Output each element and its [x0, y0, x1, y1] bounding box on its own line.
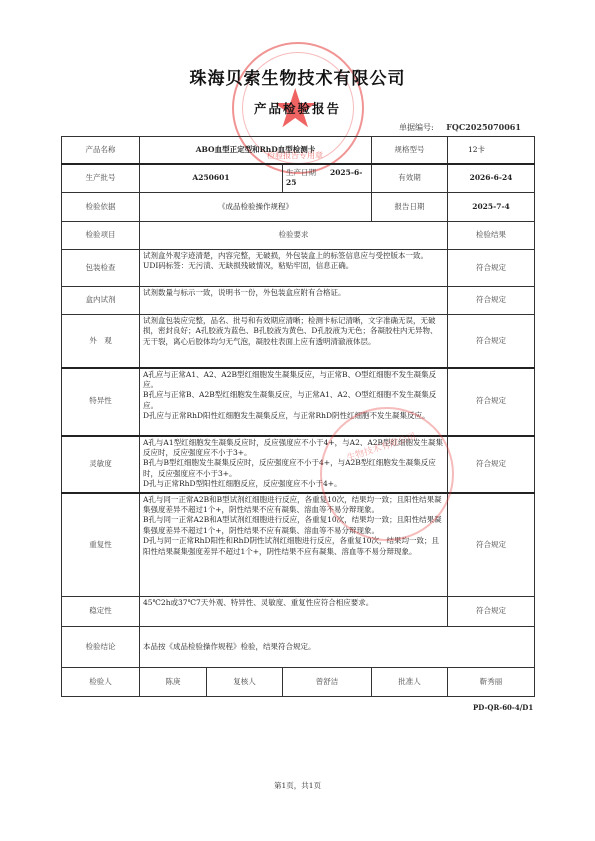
- row-batch: 生产批号 A250601 生产日期2025-6-25 有效期 2026-6-24: [62, 164, 535, 193]
- item-repeatability: 重复性: [62, 493, 140, 597]
- item-appearance: 外 观: [62, 315, 140, 368]
- table-row: 重复性 A孔与同一正常A2B和B型试剂红细胞进行反应，各重复10次，结果均一致；…: [62, 493, 535, 597]
- header-requirements: 检验要求: [140, 222, 448, 250]
- table-row: 特异性 A孔应与正常A1、A2、A2B型红细胞发生凝集反应，与正常B、O型红细胞…: [62, 368, 535, 436]
- table-header-row: 检验项目 检验要求 检验结果: [62, 222, 535, 250]
- requirement-line: A孔与同一正常A2B和B型试剂红细胞进行反应，各重复10次，结果均一致；且阳性结…: [143, 495, 444, 516]
- requirement-text: 45℃2h或37℃7天外观、特异性、灵敏度、重复性应符合相应要求。: [140, 597, 448, 627]
- report-date-value: 2025-7-4: [448, 193, 535, 222]
- item-stability: 稳定性: [62, 597, 140, 627]
- product-name-label: 产品名称: [62, 137, 140, 164]
- table-row: 灵敏度 A孔与A1型红细胞发生凝集反应时，反应强度应不小于4+，与A2、A2B型…: [62, 436, 535, 493]
- table-row: 稳定性 45℃2h或37℃7天外观、特异性、灵敏度、重复性应符合相应要求。 符合…: [62, 597, 535, 627]
- header-item: 检验项目: [62, 222, 140, 250]
- requirement-line: B孔应与正常B、A2B型红细胞发生凝集反应，与正常A1、A2、O型红细胞不发生凝…: [143, 390, 444, 411]
- item-sensitivity: 灵敏度: [62, 436, 140, 493]
- table-row: 包装检查 试剂盒外观字迹清楚，内容完整，无破损，外包装盒上的标签信息应与受控版本…: [62, 250, 535, 287]
- requirement-text: 试剂盒外观字迹清楚，内容完整，无破损，外包装盒上的标签信息应与受控版本一致。 U…: [140, 250, 448, 287]
- requirement-text: 试剂盒包装应完整，品名、批号和有效期应清晰；检测卡标记清晰，文字准确无误，无破损…: [140, 315, 448, 368]
- table-row: 外 观 试剂盒包装应完整，品名、批号和有效期应清晰；检测卡标记清晰，文字准确无误…: [62, 315, 535, 368]
- requirement-text: A孔与同一正常A2B和B型试剂红细胞进行反应，各重复10次，结果均一致；且阳性结…: [140, 493, 448, 597]
- requirement-line: UDI码标签：无污渍、无缺损残破情况，粘贴牢固，信息正确。: [143, 261, 444, 271]
- reviewer-name: 曾舒洁: [283, 668, 372, 697]
- result-value: 符合规定: [448, 315, 535, 368]
- result-value: 符合规定: [448, 287, 535, 315]
- item-specificity: 特异性: [62, 368, 140, 436]
- signature-row: 检验人 陈庚 复核人 曾舒洁 批准人 靳秀丽: [62, 668, 535, 697]
- doc-no-label: 单据编号:: [399, 123, 434, 132]
- prod-date-label: 生产日期2025-6-25: [283, 164, 372, 193]
- result-value: 符合规定: [448, 597, 535, 627]
- conclusion-value: 本品按《成品检验操作规程》检验，结果符合规定。: [140, 627, 535, 668]
- basis-value: 《成品检验操作规程》: [140, 193, 372, 222]
- requirement-line: B孔与同一正常A2B和A型试剂红细胞进行反应，各重复10次，结果均一致；且阳性结…: [143, 515, 444, 536]
- result-value: 符合规定: [448, 436, 535, 493]
- requirement-line: 45℃2h或37℃7天外观、特异性、灵敏度、重复性应符合相应要求。: [143, 598, 444, 608]
- requirement-line: 试剂盒外观字迹清楚，内容完整，无破损，外包装盒上的标签信息应与受控版本一致。: [143, 251, 444, 261]
- result-value: 符合规定: [448, 493, 535, 597]
- inspector-label: 检验人: [62, 668, 140, 697]
- requirement-line: D孔与同一正常RhD阳性和RhD阴性试剂红细胞进行反应，各重复10次，结果均一致…: [143, 536, 444, 557]
- header-result: 检验结果: [448, 222, 535, 250]
- spec-value: 12卡: [448, 137, 535, 164]
- expiry-label: 有效期: [372, 164, 448, 193]
- page-number: 第1页，共1页: [0, 780, 595, 791]
- approver-label: 批准人: [372, 668, 448, 697]
- requirement-line: A孔应与正常A1、A2、A2B型红细胞发生凝集反应，与正常B、O型红细胞不发生凝…: [143, 370, 444, 391]
- conclusion-row: 检验结论 本品按《成品检验操作规程》检验，结果符合规定。: [62, 627, 535, 668]
- requirement-line: D孔应与正常RhD阳性红细胞发生凝集反应，与正常RhD阴性红细胞不发生凝集反应。: [143, 411, 444, 421]
- company-name: 珠海贝索生物技术有限公司: [0, 64, 595, 89]
- requirement-line: 试剂盒包装应完整，品名、批号和有效期应清晰；检测卡标记清晰，文字准确无误，无破损…: [143, 316, 444, 347]
- doc-no-value: FQC2025070061: [446, 122, 521, 132]
- requirement-line: 试剂数量与标示一致，说明书一份，外包装盒应附有合格证。: [143, 288, 444, 298]
- report-title: 产品检验报告: [0, 99, 595, 117]
- expiry-value: 2026-6-24: [448, 164, 535, 193]
- requirement-line: B孔与B型红细胞发生凝集反应时，反应强度应不小于4+，与A2B型红细胞发生凝集反…: [143, 458, 444, 479]
- requirement-line: D孔与正常RhD型阳性红细胞反应，反应强度应不小于4+。: [143, 479, 444, 489]
- row-basis: 检验依据 《成品检验操作规程》 报告日期 2025-7-4: [62, 193, 535, 222]
- row-product-name: 产品名称 ABO血型正定型和RhD血型检测卡 规格型号 12卡: [62, 137, 535, 164]
- requirement-text: A孔应与正常A1、A2、A2B型红细胞发生凝集反应，与正常B、O型红细胞不发生凝…: [140, 368, 448, 436]
- product-name-value: ABO血型正定型和RhD血型检测卡: [140, 137, 372, 164]
- batch-value: A250601: [140, 164, 283, 193]
- inspector-name: 陈庚: [140, 668, 207, 697]
- reviewer-label: 复核人: [207, 668, 283, 697]
- result-value: 符合规定: [448, 368, 535, 436]
- form-code: PD-QR-60-4/D1: [473, 703, 533, 712]
- prod-date-value: 2025-6-25: [286, 168, 362, 187]
- conclusion-label: 检验结论: [62, 627, 140, 668]
- spec-label: 规格型号: [372, 137, 448, 164]
- approver-name: 靳秀丽: [448, 668, 535, 697]
- result-value: 符合规定: [448, 250, 535, 287]
- document-number: 单据编号: FQC2025070061: [399, 122, 521, 133]
- table-row: 盒内试剂 试剂数量与标示一致，说明书一份，外包装盒应附有合格证。 符合规定: [62, 287, 535, 315]
- item-packaging: 包装检查: [62, 250, 140, 287]
- batch-label: 生产批号: [62, 164, 140, 193]
- inspection-report-table: 产品名称 ABO血型正定型和RhD血型检测卡 规格型号 12卡 生产批号 A25…: [61, 136, 535, 697]
- requirement-text: 试剂数量与标示一致，说明书一份，外包装盒应附有合格证。: [140, 287, 448, 315]
- report-date-label: 报告日期: [372, 193, 448, 222]
- basis-label: 检验依据: [62, 193, 140, 222]
- item-box-reagent: 盒内试剂: [62, 287, 140, 315]
